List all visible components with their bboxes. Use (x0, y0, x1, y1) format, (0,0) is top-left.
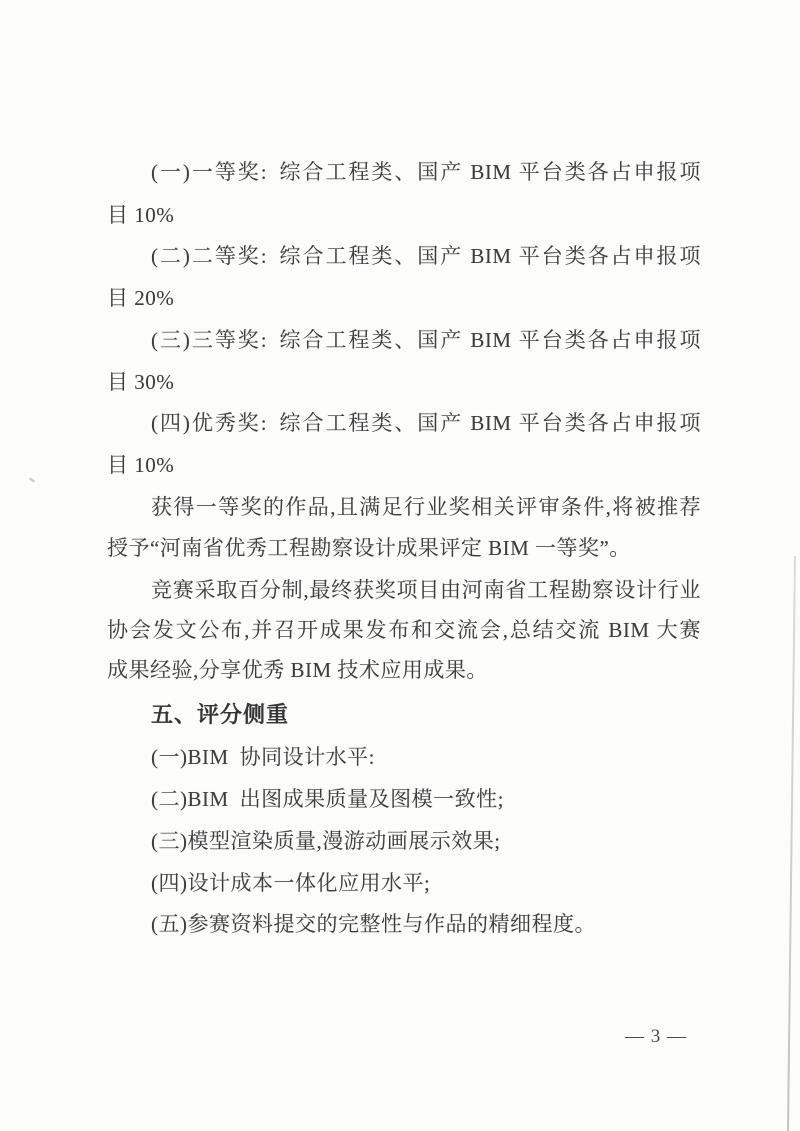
scoring-item: (一)BIM 协同设计水平: (107, 744, 701, 771)
body-paragraph-line: 获得一等奖的作品,且满足行业奖相关评审条件,将被推荐 (107, 494, 701, 521)
award-paragraph-line: 目 30% (107, 369, 701, 396)
award-paragraph-line: 目 10% (107, 452, 701, 479)
body-paragraph-line: 成果经验,分享优秀 BIM 技术应用成果。 (107, 657, 701, 684)
award-paragraph-line: 目 20% (107, 285, 701, 312)
body-paragraph-line: 竞赛采取百分制,最终获奖项目由河南省工程勘察设计行业 (107, 577, 701, 604)
scoring-item: (二)BIM 出图成果质量及图模一致性; (107, 786, 701, 813)
award-paragraph-line: (三)三等奖: 综合工程类、国产 BIM 平台类各占申报项 (107, 327, 701, 354)
body-paragraph-line: 授予“河南省优秀工程勘察设计成果评定 BIM 一等奖”。 (107, 535, 701, 562)
body-paragraph-line: 协会发文公布,并召开成果发布和交流会,总结交流 BIM 大赛 (107, 617, 701, 644)
scan-speck-artifact (29, 477, 35, 482)
scan-edge-artifact (787, 556, 796, 1131)
page-number: — 3 — (615, 1026, 697, 1048)
section-heading: 五、评分侧重 (107, 701, 701, 728)
award-paragraph-line: 目 10% (107, 202, 701, 229)
scoring-item: (五)参赛资料提交的完整性与作品的精细程度。 (107, 911, 701, 938)
award-paragraph-line: (二)二等奖: 综合工程类、国产 BIM 平台类各占申报项 (107, 243, 701, 270)
document-page: (一)一等奖: 综合工程类、国产 BIM 平台类各占申报项 目 10% (二)二… (0, 0, 800, 1131)
award-paragraph-line: (四)优秀奖: 综合工程类、国产 BIM 平台类各占申报项 (107, 410, 701, 437)
scoring-item: (三)模型渲染质量,漫游动画展示效果; (107, 828, 701, 855)
award-paragraph-line: (一)一等奖: 综合工程类、国产 BIM 平台类各占申报项 (107, 159, 701, 186)
scoring-item: (四)设计成本一体化应用水平; (107, 870, 701, 897)
